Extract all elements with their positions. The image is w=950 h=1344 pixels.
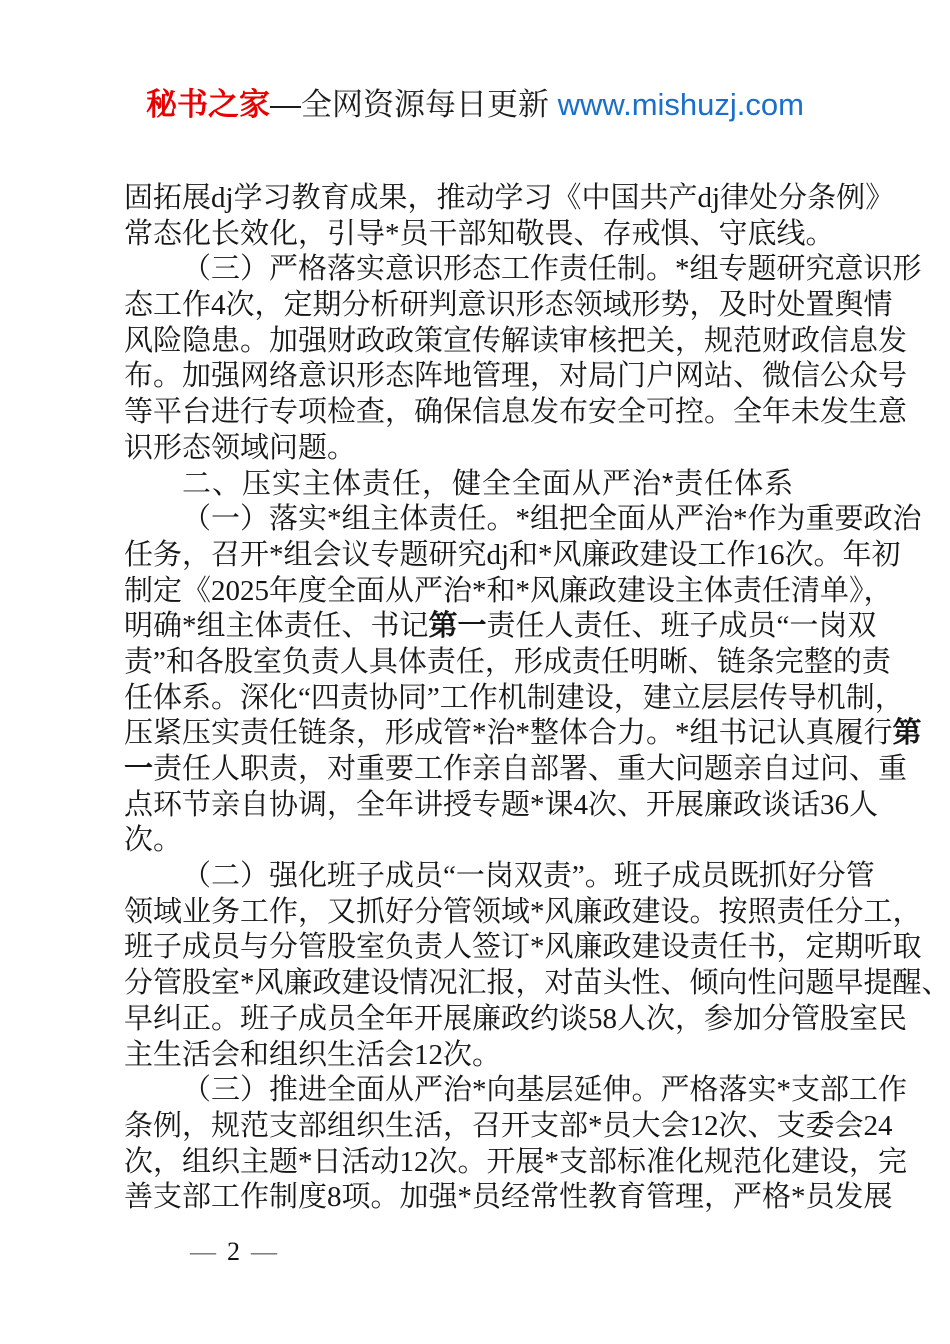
text-run: 任务，召开*组会议专题研究dj和*风廉政建设工作16次。年初 <box>124 539 901 571</box>
page-number-dash-left: — <box>190 1237 216 1267</box>
page-footer: — 2 — <box>0 1237 950 1277</box>
text-run: 次。 <box>124 824 182 856</box>
page-number: — 2 — <box>190 1237 277 1267</box>
site-url-link[interactable]: www.mishuzj.com <box>558 87 804 122</box>
text-line: （三）推进全面从严治*向基层延伸。严格落实*支部工作 <box>124 1073 838 1109</box>
text-line: 明确*组主体责任、书记第一责任人责任、班子成员“一岗双 <box>124 609 838 645</box>
text-run: 风险隐患。加强财政政策宣传解读审核把关，规范财政信息发 <box>124 325 907 357</box>
text-line: 任务，召开*组会议专题研究dj和*风廉政建设工作16次。年初 <box>124 538 838 574</box>
site-header: 秘书之家—全网资源每日更新 www.mishuzj.com <box>0 86 950 124</box>
text-run: 常态化长效化，引导*员干部知敬畏、存戒惧、守底线。 <box>124 218 835 250</box>
text-run: （三）严格落实意识形态工作责任制。*组专题研究意识形 <box>182 253 922 285</box>
page-number-value: 2 <box>227 1237 240 1267</box>
text-run: 识形态领域问题。 <box>124 432 356 464</box>
bold-text-run: 一 <box>124 753 153 785</box>
text-run: （三）推进全面从严治*向基层延伸。严格落实*支部工作 <box>182 1074 907 1106</box>
text-line: 班子成员与分管股室负责人签订*风廉政建设责任书，定期听取 <box>124 930 838 966</box>
text-run: 二、压实主体责任，健全全面从严治*责任体系 <box>182 468 794 500</box>
text-line: 点环节亲自协调，全年讲授专题*课4次、开展廉政谈话36人 <box>124 788 838 824</box>
text-run: 条例，规范支部组织生活，召开支部*员大会12次、支委会24 <box>124 1110 893 1142</box>
text-line: （三）严格落实意识形态工作责任制。*组专题研究意识形 <box>124 252 838 288</box>
bold-text-run: 第 <box>893 717 922 749</box>
text-line: 任体系。深化“四责协同”工作机制建设，建立层层传导机制， <box>124 681 838 717</box>
text-line: 领域业务工作，又抓好分管领域*风廉政建设。按照责任分工， <box>124 895 838 931</box>
text-run: 主生活会和组织生活会12次。 <box>124 1039 501 1071</box>
text-run: 布。加强网络意识形态阵地管理，对局门户网站、微信公众号 <box>124 360 907 392</box>
text-run: 压紧压实责任链条，形成管*治*整体合力。*组书记认真履行 <box>124 717 893 749</box>
document-body: 固拓展dj学习教育成果，推动学习《中国共产dj律处分条例》常态化长效化，引导*员… <box>124 181 838 1216</box>
text-line: 责”和各股室负责人具体责任，形成责任明晰、链条完整的责 <box>124 645 838 681</box>
site-tagline: —全网资源每日更新 <box>270 87 558 122</box>
text-line: 等平台进行专项检查，确保信息发布安全可控。全年未发生意 <box>124 395 838 431</box>
text-run: 班子成员与分管股室负责人签订*风廉政建设责任书，定期听取 <box>124 931 922 963</box>
text-run: （二）强化班子成员“一岗双责”。班子成员既抓好分管 <box>182 860 875 892</box>
text-line: 主生活会和组织生活会12次。 <box>124 1038 838 1074</box>
text-line: 压紧压实责任链条，形成管*治*整体合力。*组书记认真履行第 <box>124 716 838 752</box>
text-run: 任体系。深化“四责协同”工作机制建设，建立层层传导机制， <box>124 682 904 714</box>
section-heading: 二、压实主体责任，健全全面从严治*责任体系 <box>124 467 838 503</box>
text-run: （一）落实*组主体责任。*组把全面从严治*作为重要政治 <box>182 503 922 535</box>
site-brand: 秘书之家 <box>146 87 270 122</box>
bold-text-run: 第一 <box>429 610 487 642</box>
text-line: 一责任人职责，对重要工作亲自部署、重大问题亲自过问、重 <box>124 752 838 788</box>
text-line: 风险隐患。加强财政政策宣传解读审核把关，规范财政信息发 <box>124 324 838 360</box>
text-line: 布。加强网络意识形态阵地管理，对局门户网站、微信公众号 <box>124 359 838 395</box>
page-number-dash-right: — <box>251 1237 277 1267</box>
text-line: 善支部工作制度8项。加强*员经常性教育管理，严格*员发展 <box>124 1180 838 1216</box>
text-run: 点环节亲自协调，全年讲授专题*课4次、开展廉政谈话36人 <box>124 789 878 821</box>
text-line: 固拓展dj学习教育成果，推动学习《中国共产dj律处分条例》 <box>124 181 838 217</box>
text-line: 条例，规范支部组织生活，召开支部*员大会12次、支委会24 <box>124 1109 838 1145</box>
text-run: 固拓展dj学习教育成果，推动学习《中国共产dj律处分条例》 <box>124 182 894 214</box>
text-line: 分管股室*风廉政建设情况汇报，对苗头性、倾向性问题早提醒、 <box>124 966 838 1002</box>
text-line: 识形态领域问题。 <box>124 431 838 467</box>
text-run: 责任人职责，对重要工作亲自部署、重大问题亲自过问、重 <box>153 753 907 785</box>
text-line: （一）落实*组主体责任。*组把全面从严治*作为重要政治 <box>124 502 838 538</box>
text-run: 领域业务工作，又抓好分管领域*风廉政建设。按照责任分工， <box>124 896 922 928</box>
text-run: 明确*组主体责任、书记 <box>124 610 429 642</box>
text-line: 次，组织主题*日活动12次。开展*支部标准化规范化建设，完 <box>124 1145 838 1181</box>
document-page: 秘书之家—全网资源每日更新 www.mishuzj.com 固拓展dj学习教育成… <box>0 0 950 1344</box>
text-line: 次。 <box>124 823 838 859</box>
text-run: 善支部工作制度8项。加强*员经常性教育管理，严格*员发展 <box>124 1181 893 1213</box>
text-line: 早纠正。班子成员全年开展廉政约谈58人次，参加分管股室民 <box>124 1002 838 1038</box>
text-line: 态工作4次，定期分析研判意识形态领域形势，及时处置舆情 <box>124 288 838 324</box>
text-run: 制定《2025年度全面从严治*和*风廉政建设主体责任清单》， <box>124 575 893 607</box>
text-run: 责”和各股室负责人具体责任，形成责任明晰、链条完整的责 <box>124 646 891 678</box>
text-line: （二）强化班子成员“一岗双责”。班子成员既抓好分管 <box>124 859 838 895</box>
text-run: 态工作4次，定期分析研判意识形态领域形势，及时处置舆情 <box>124 289 893 321</box>
text-line: 制定《2025年度全面从严治*和*风廉政建设主体责任清单》， <box>124 574 838 610</box>
text-run: 分管股室*风廉政建设情况汇报，对苗头性、倾向性问题早提醒、 <box>124 967 950 999</box>
text-line: 常态化长效化，引导*员干部知敬畏、存戒惧、守底线。 <box>124 217 838 253</box>
text-run: 责任人责任、班子成员“一岗双 <box>487 610 877 642</box>
text-run: 等平台进行专项检查，确保信息发布安全可控。全年未发生意 <box>124 396 907 428</box>
text-run: 早纠正。班子成员全年开展廉政约谈58人次，参加分管股室民 <box>124 1003 907 1035</box>
text-run: 次，组织主题*日活动12次。开展*支部标准化规范化建设，完 <box>124 1146 907 1178</box>
